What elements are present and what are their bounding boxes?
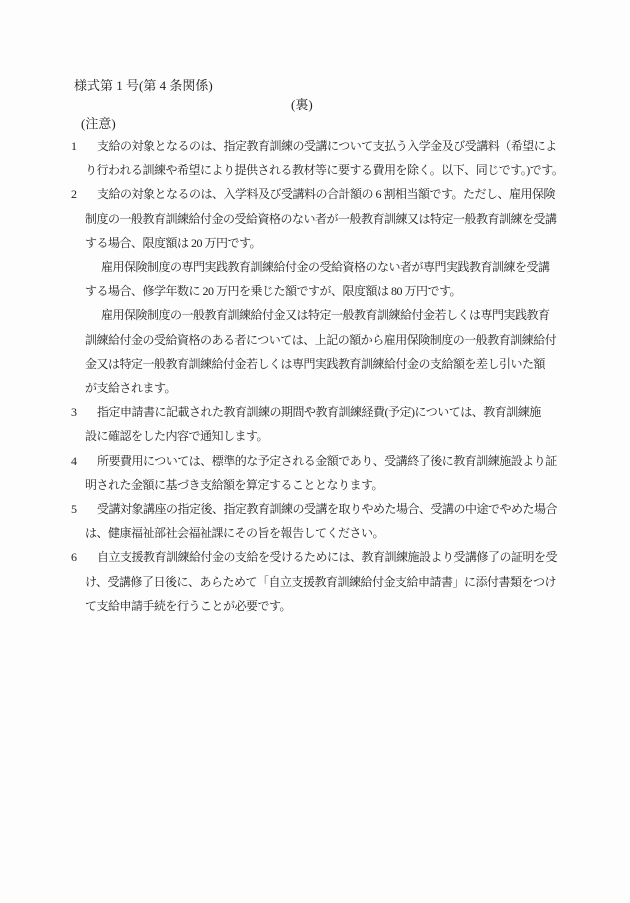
- note-line: 5受講対象講座の指定後、指定教育訓練の受講を取りやめた場合、受講の中途でやめた場…: [70, 497, 575, 521]
- note-number: 4: [70, 449, 97, 473]
- note-number: 2: [70, 182, 97, 206]
- note-line: 3指定申請書に記載された教育訓練の期間や教育訓練経費(予定)については、教育訓練…: [70, 400, 575, 424]
- note-line: が支給されます。: [70, 376, 575, 400]
- note-number: 3: [70, 400, 97, 424]
- note-line: 4所要費用については、標準的な予定される金額であり、受講終了後に教育訓練施設より…: [70, 449, 575, 473]
- note-line: 雇用保険制度の専門実践教育訓練給付金の受給資格のない者が専門実践教育訓練を受講: [70, 255, 575, 279]
- note-item-4: 4所要費用については、標準的な予定される金額であり、受講終了後に教育訓練施設より…: [70, 449, 575, 497]
- note-line: 制度の一般教育訓練給付金の受給資格のない者が一般教育訓練又は特定一般教育訓練を受…: [70, 207, 575, 231]
- note-line: は、健康福祉部社会福祉課にその旨を報告してください。: [70, 521, 575, 545]
- note-item-3: 3指定申請書に記載された教育訓練の期間や教育訓練経費(予定)については、教育訓練…: [70, 400, 575, 448]
- note-number: 5: [70, 497, 97, 521]
- note-line: 雇用保険制度の一般教育訓練給付金又は特定一般教育訓練給付金若しくは専門実践教育: [70, 303, 575, 327]
- notes-heading: (注意): [81, 116, 116, 131]
- page-side-label: (裏): [291, 97, 313, 112]
- document-page: 様式第 1 号(第 4 条関係) (裏) (注意) 1支給の対象となるのは、指定…: [0, 0, 630, 903]
- note-line: り行われる訓練や希望により提供される教材等に要する費用を除く。以下、同じです。)…: [70, 158, 575, 182]
- note-text: 支給の対象となるのは、入学料及び受講料の合計額の 6 割相当額です。ただし、雇用…: [97, 187, 555, 201]
- note-line: 金又は特定一般教育訓練給付金若しくは専門実践教育訓練給付金の支給額を差し引いた額: [70, 352, 575, 376]
- note-number: 6: [70, 545, 97, 569]
- note-line: する場合、限度額は 20 万円です。: [70, 231, 575, 255]
- note-line: け、受講修了日後に、あらためて「自立支援教育訓練給付金支給申請書」に添付書類をつ…: [70, 570, 575, 594]
- note-item-5: 5受講対象講座の指定後、指定教育訓練の受講を取りやめた場合、受講の中途でやめた場…: [70, 497, 575, 545]
- note-item-2: 2支給の対象となるのは、入学料及び受講料の合計額の 6 割相当額です。ただし、雇…: [70, 182, 575, 400]
- notes-list: 1支給の対象となるのは、指定教育訓練の受講について支払う入学金及び受講料（希望に…: [70, 134, 575, 618]
- note-line: する場合、修学年数に 20 万円を乗じた額ですが、限度額は 80 万円です。: [70, 279, 575, 303]
- note-line: 1支給の対象となるのは、指定教育訓練の受講について支払う入学金及び受講料（希望に…: [70, 134, 575, 158]
- note-line: 6自立支援教育訓練給付金の支給を受けるためには、教育訓練施設より受講修了の証明を…: [70, 545, 575, 569]
- note-item-1: 1支給の対象となるのは、指定教育訓練の受講について支払う入学金及び受講料（希望に…: [70, 134, 575, 182]
- note-line: 2支給の対象となるのは、入学料及び受講料の合計額の 6 割相当額です。ただし、雇…: [70, 182, 575, 206]
- note-text: 受講対象講座の指定後、指定教育訓練の受講を取りやめた場合、受講の中途でやめた場合: [97, 502, 557, 516]
- form-number-label: 様式第 1 号(第 4 条関係): [74, 78, 213, 93]
- note-line: 設に確認をした内容で通知します。: [70, 424, 575, 448]
- note-item-6: 6自立支援教育訓練給付金の支給を受けるためには、教育訓練施設より受講修了の証明を…: [70, 545, 575, 618]
- note-line: 訓練給付金の受給資格のある者については、上記の額から雇用保険制度の一般教育訓練給…: [70, 328, 575, 352]
- note-text: 自立支援教育訓練給付金の支給を受けるためには、教育訓練施設より受講修了の証明を受: [97, 550, 557, 564]
- note-text: 指定申請書に記載された教育訓練の期間や教育訓練経費(予定)については、教育訓練施: [97, 405, 541, 419]
- note-number: 1: [70, 134, 97, 158]
- note-text: 支給の対象となるのは、指定教育訓練の受講について支払う入学金及び受講料（希望によ: [97, 139, 557, 153]
- note-line: て支給申請手続を行うことが必要です。: [70, 594, 575, 618]
- note-text: 所要費用については、標準的な予定される金額であり、受講終了後に教育訓練施設より証: [97, 454, 557, 468]
- note-line: 明された金額に基づき支給額を算定することとなります。: [70, 473, 575, 497]
